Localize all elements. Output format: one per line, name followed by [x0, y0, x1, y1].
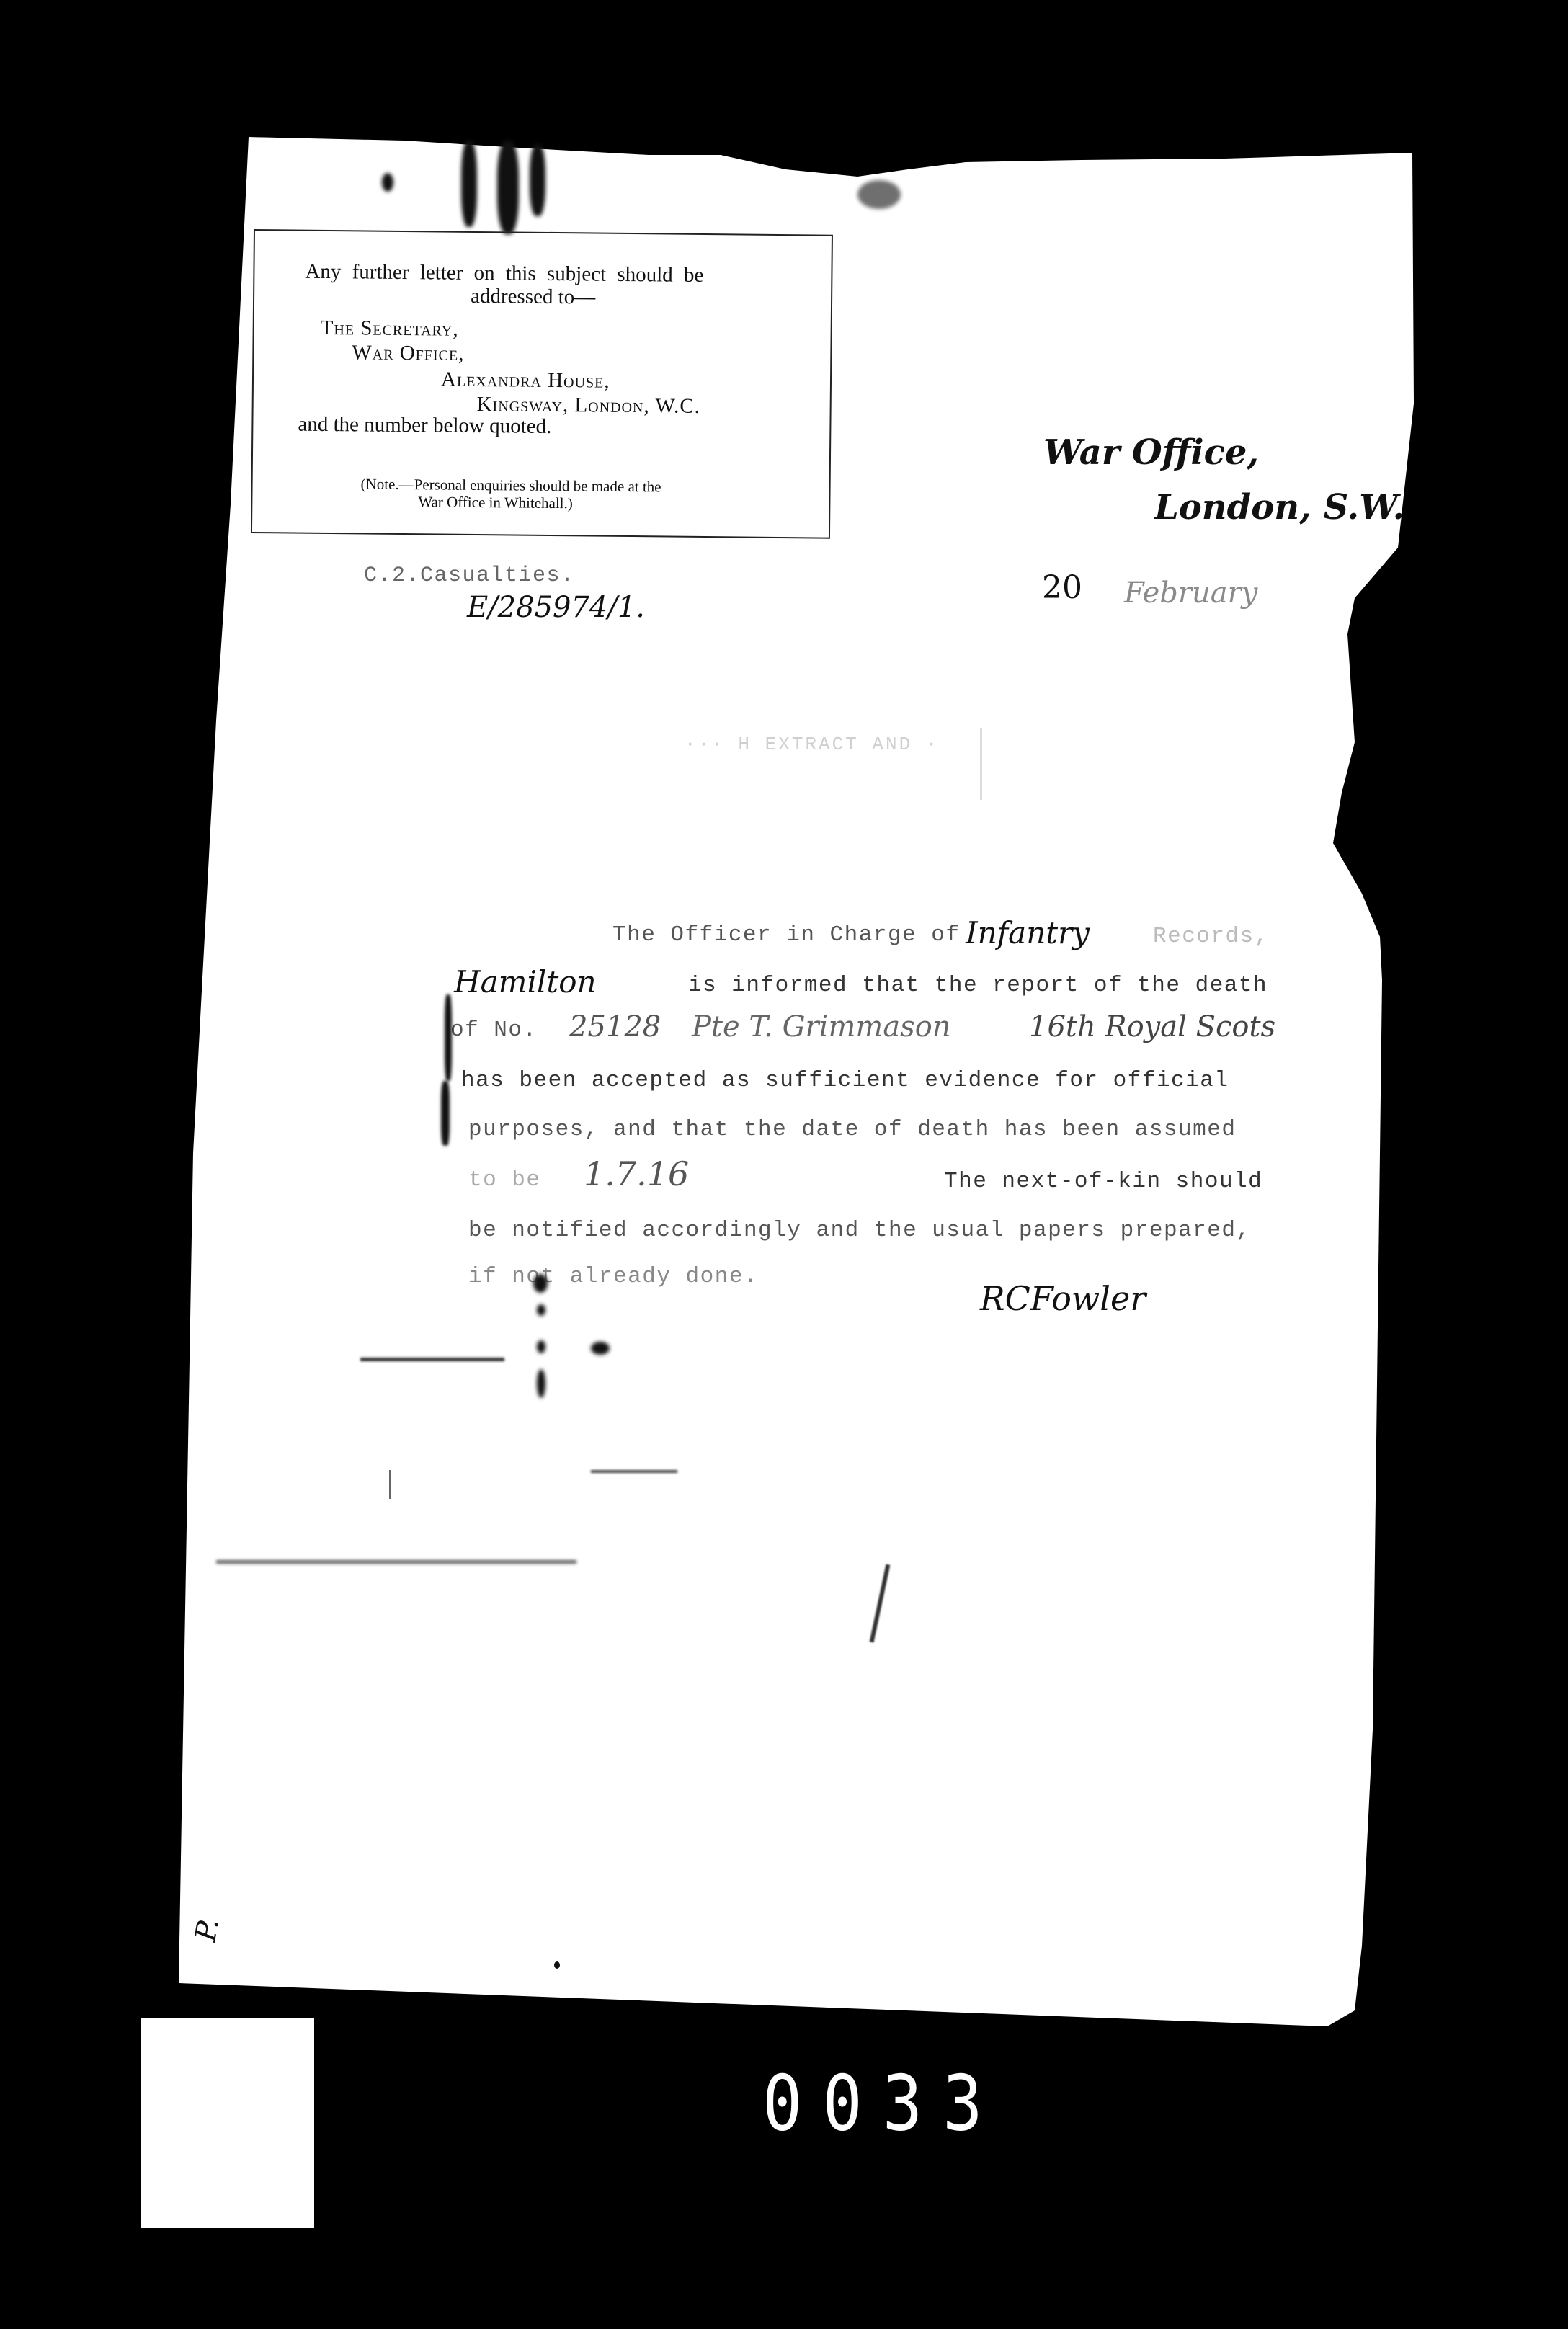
date-day: 20 [1042, 569, 1082, 606]
ink-smudge [857, 180, 901, 209]
body-line-2-place-handwritten: Hamilton [454, 964, 597, 999]
correspondence-notice-box: Any further letter on this subject shoul… [251, 229, 833, 539]
ink-mark [591, 1342, 610, 1355]
signature: RCFowler [980, 1279, 1146, 1318]
body-line-7: be notified accordingly and the usual pa… [468, 1218, 1251, 1243]
ink-mark [445, 994, 452, 1081]
ink-smudge [382, 173, 393, 192]
letterhead-line-2: London, S.W. [1154, 487, 1404, 527]
ink-line [216, 1560, 576, 1564]
frame-number: 0033 [762, 2059, 1003, 2148]
body-line-5: purposes, and that the date of death has… [468, 1117, 1236, 1142]
blank-label-card [141, 2018, 314, 2228]
ink-mark [537, 1369, 545, 1398]
ink-smudge [530, 144, 545, 216]
notice-line-2: addressed to— [471, 285, 595, 310]
notice-line-1: Any further letter on this subject shoul… [305, 260, 703, 288]
date-of-death-handwritten: 1.7.16 [584, 1154, 689, 1193]
body-line-1-end: Records, [1153, 924, 1269, 949]
notice-closing: and the number below quoted. [298, 413, 551, 439]
ink-smudge [461, 141, 477, 227]
stamp-edge [980, 728, 982, 800]
body-line-4: has been accepted as sufficient evidence… [461, 1068, 1229, 1093]
notice-office: War Office, [352, 341, 464, 365]
notice-note-line-2: War Office in Whitehall.) [418, 493, 573, 512]
reference-number: E/285974/1. [467, 591, 645, 624]
notice-note-line-1: (Note.—Personal enquiries should be made… [360, 475, 661, 496]
body-line-6-typed: to be [468, 1167, 541, 1193]
notice-building: Alexandra House, [441, 368, 610, 393]
scanned-page: Any further letter on this subject shoul… [0, 0, 1568, 2329]
ink-mark [533, 1274, 548, 1293]
ink-line [360, 1358, 504, 1361]
soldier-name-handwritten: Pte T. Grimmason [692, 1010, 951, 1043]
reference-department: C.2.Casualties. [364, 564, 575, 588]
faint-stamp: ··· H EXTRACT AND · [685, 734, 939, 755]
letterhead-line-1: War Office, [1043, 432, 1259, 473]
ink-dot [554, 1961, 560, 1969]
body-line-2-typed: is informed that the report of the death [688, 973, 1268, 998]
soldier-unit-handwritten: 16th Royal Scots [1029, 1010, 1275, 1043]
body-line-3-typed: of No. [450, 1017, 538, 1043]
service-number-handwritten: 25128 [569, 1010, 661, 1043]
ink-mark [537, 1340, 545, 1353]
body-line-6-end: The next-of-kin should [944, 1169, 1262, 1194]
body-line-1-typed: The Officer in Charge of [612, 922, 960, 948]
body-line-8: if not already done. [468, 1264, 758, 1289]
ink-mark [537, 1304, 545, 1316]
ink-mark [441, 1081, 450, 1146]
notice-addressee: The Secretary, [321, 316, 459, 342]
ink-line [591, 1470, 677, 1473]
body-line-1-unit-handwritten: Infantry [966, 915, 1090, 950]
ink-mark [389, 1470, 391, 1499]
date-month: February [1124, 576, 1257, 610]
ink-smudge [497, 141, 519, 234]
